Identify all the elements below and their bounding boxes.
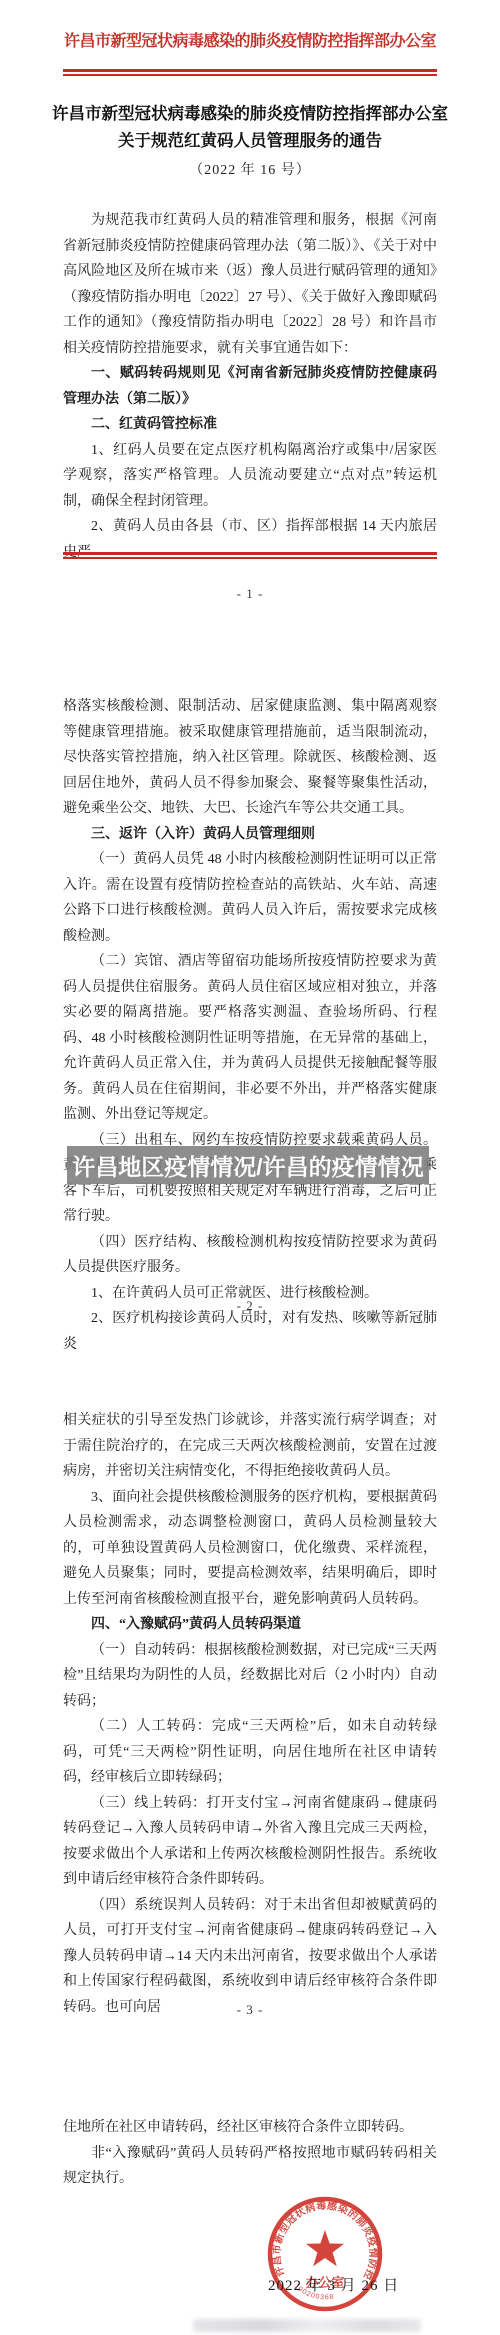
paragraph: （二）人工转码：完成“三天两检”后，如未自动转绿码，可凭“三天两检”阴性证明，向… (63, 1714, 437, 1791)
document-screenshot: 许昌市新型冠状病毒感染的肺炎疫情防控指挥部办公室 许昌市新型冠状病毒感染的肺炎疫… (0, 0, 500, 2335)
paragraph: 1、红码人员要在定点医疗机构隔离治疗或集中/居家医学观察，落实严格管理。人员流动… (63, 438, 437, 515)
paragraph: （一）黄码人员凭 48 小时内核酸检测阴性证明可以正常入许。需在设置有疫情防控检… (63, 847, 437, 949)
svg-text:许昌市新型冠状病毒感染的肺炎疫情防控指挥部: 许昌市新型冠状病毒感染的肺炎疫情防控指挥部 (263, 2192, 380, 2282)
paragraph: 相关症状的引导至发热门诊就诊，并落实流行病学调查；对于需住院治疗的，在完成三天两… (63, 1408, 437, 1485)
paragraph: 二、红黄码管控标准 (63, 412, 437, 438)
page-2-number: - 2 - (0, 1298, 500, 1314)
page-4-body: 住地所在社区申请转码，经社区审核符合条件立即转码。非“入豫赋码”黄码人员转码严格… (63, 2115, 437, 2192)
document-title: 许昌市新型冠状病毒感染的肺炎疫情防控指挥部办公室 关于规范红黄码人员管理服务的通… (40, 100, 460, 154)
paragraph: （一）自动转码：根据核酸检测数据，对已完成“三天两检”且结果均为阴性的人员，经数… (63, 1638, 437, 1715)
page-1-footer-rule (63, 552, 437, 559)
seal-ring-text: 许昌市新型冠状病毒感染的肺炎疫情防控指挥部 (263, 2192, 380, 2282)
article-caption-text: 许昌地区疫情情况/许昌的疫情情况 (72, 1149, 423, 1182)
paragraph: 三、返许（入许）黄码人员管理细则 (63, 822, 437, 848)
document-title-line1: 许昌市新型冠状病毒感染的肺炎疫情防控指挥部办公室 (40, 100, 460, 127)
paragraph: 格落实核酸检测、限制活动、居家健康监测、集中隔离观察等健康管理措施。被采取健康管… (63, 694, 437, 822)
paragraph: （四）系统误判人员转码：对于未出省但却被赋黄码的人员，可打开支付宝→河南省健康码… (63, 1893, 437, 2021)
paragraph: （三）线上转码：打开支付宝→河南省健康码→健康码转码登记→入豫人员转码申请→外省… (63, 1791, 437, 1893)
issue-date: 2022 年 3 月 26 日 (268, 2274, 399, 2295)
paragraph: 四、“入豫赋码”黄码人员转码渠道 (63, 1612, 437, 1638)
paragraph: （四）医疗结构、核酸检测机构按疫情防控要求为黄码人员提供医疗服务。 (63, 1230, 437, 1281)
page-2-body: 格落实核酸检测、限制活动、居家健康监测、集中隔离观察等健康管理措施。被采取健康管… (63, 694, 437, 1357)
page-3-number: - 3 - (0, 2002, 500, 2018)
cutoff-text-remnant (193, 2319, 421, 2332)
page-1-body: 为规范我市红黄码人员的精准管理和服务，根据《河南省新冠肺炎疫情防控健康码管理办法… (63, 208, 437, 565)
article-caption-overlay: 许昌地区疫情情况/许昌的疫情情况 (67, 1146, 429, 1184)
letterhead-double-rule (63, 69, 437, 76)
letterhead-office-line: 许昌市新型冠状病毒感染的肺炎疫情防控指挥部办公室 (63, 28, 437, 51)
paragraph: （二）宾馆、酒店等留宿功能场所按疫情防控要求为黄码人员提供住宿服务。黄码人员住宿… (63, 949, 437, 1128)
paragraph: 住地所在社区申请转码，经社区审核符合条件立即转码。 (63, 2115, 437, 2141)
document-number: （2022 年 16 号） (0, 159, 500, 179)
official-seal: 许昌市新型冠状病毒感染的肺炎疫情防控指挥部 办公室 100200368 (263, 2192, 387, 2316)
seal-star-icon (306, 2230, 344, 2266)
paragraph: 一、赋码转码规则见《河南省新冠肺炎疫情防控健康码管理办法（第二版）》 (63, 361, 437, 412)
paragraph: 3、面向社会提供核酸检测服务的医疗机构，要根据黄码人员检测需求，动态调整检测窗口… (63, 1485, 437, 1613)
paragraph: 为规范我市红黄码人员的精准管理和服务，根据《河南省新冠肺炎疫情防控健康码管理办法… (63, 208, 437, 361)
page-1-number: - 1 - (0, 586, 500, 602)
document-title-line2: 关于规范红黄码人员管理服务的通告 (40, 127, 460, 154)
page-3-body: 相关症状的引导至发热门诊就诊，并落实流行病学调查；对于需住院治疗的，在完成三天两… (63, 1408, 437, 2020)
paragraph: 非“入豫赋码”黄码人员转码严格按照地市赋码转码相关规定执行。 (63, 2141, 437, 2192)
